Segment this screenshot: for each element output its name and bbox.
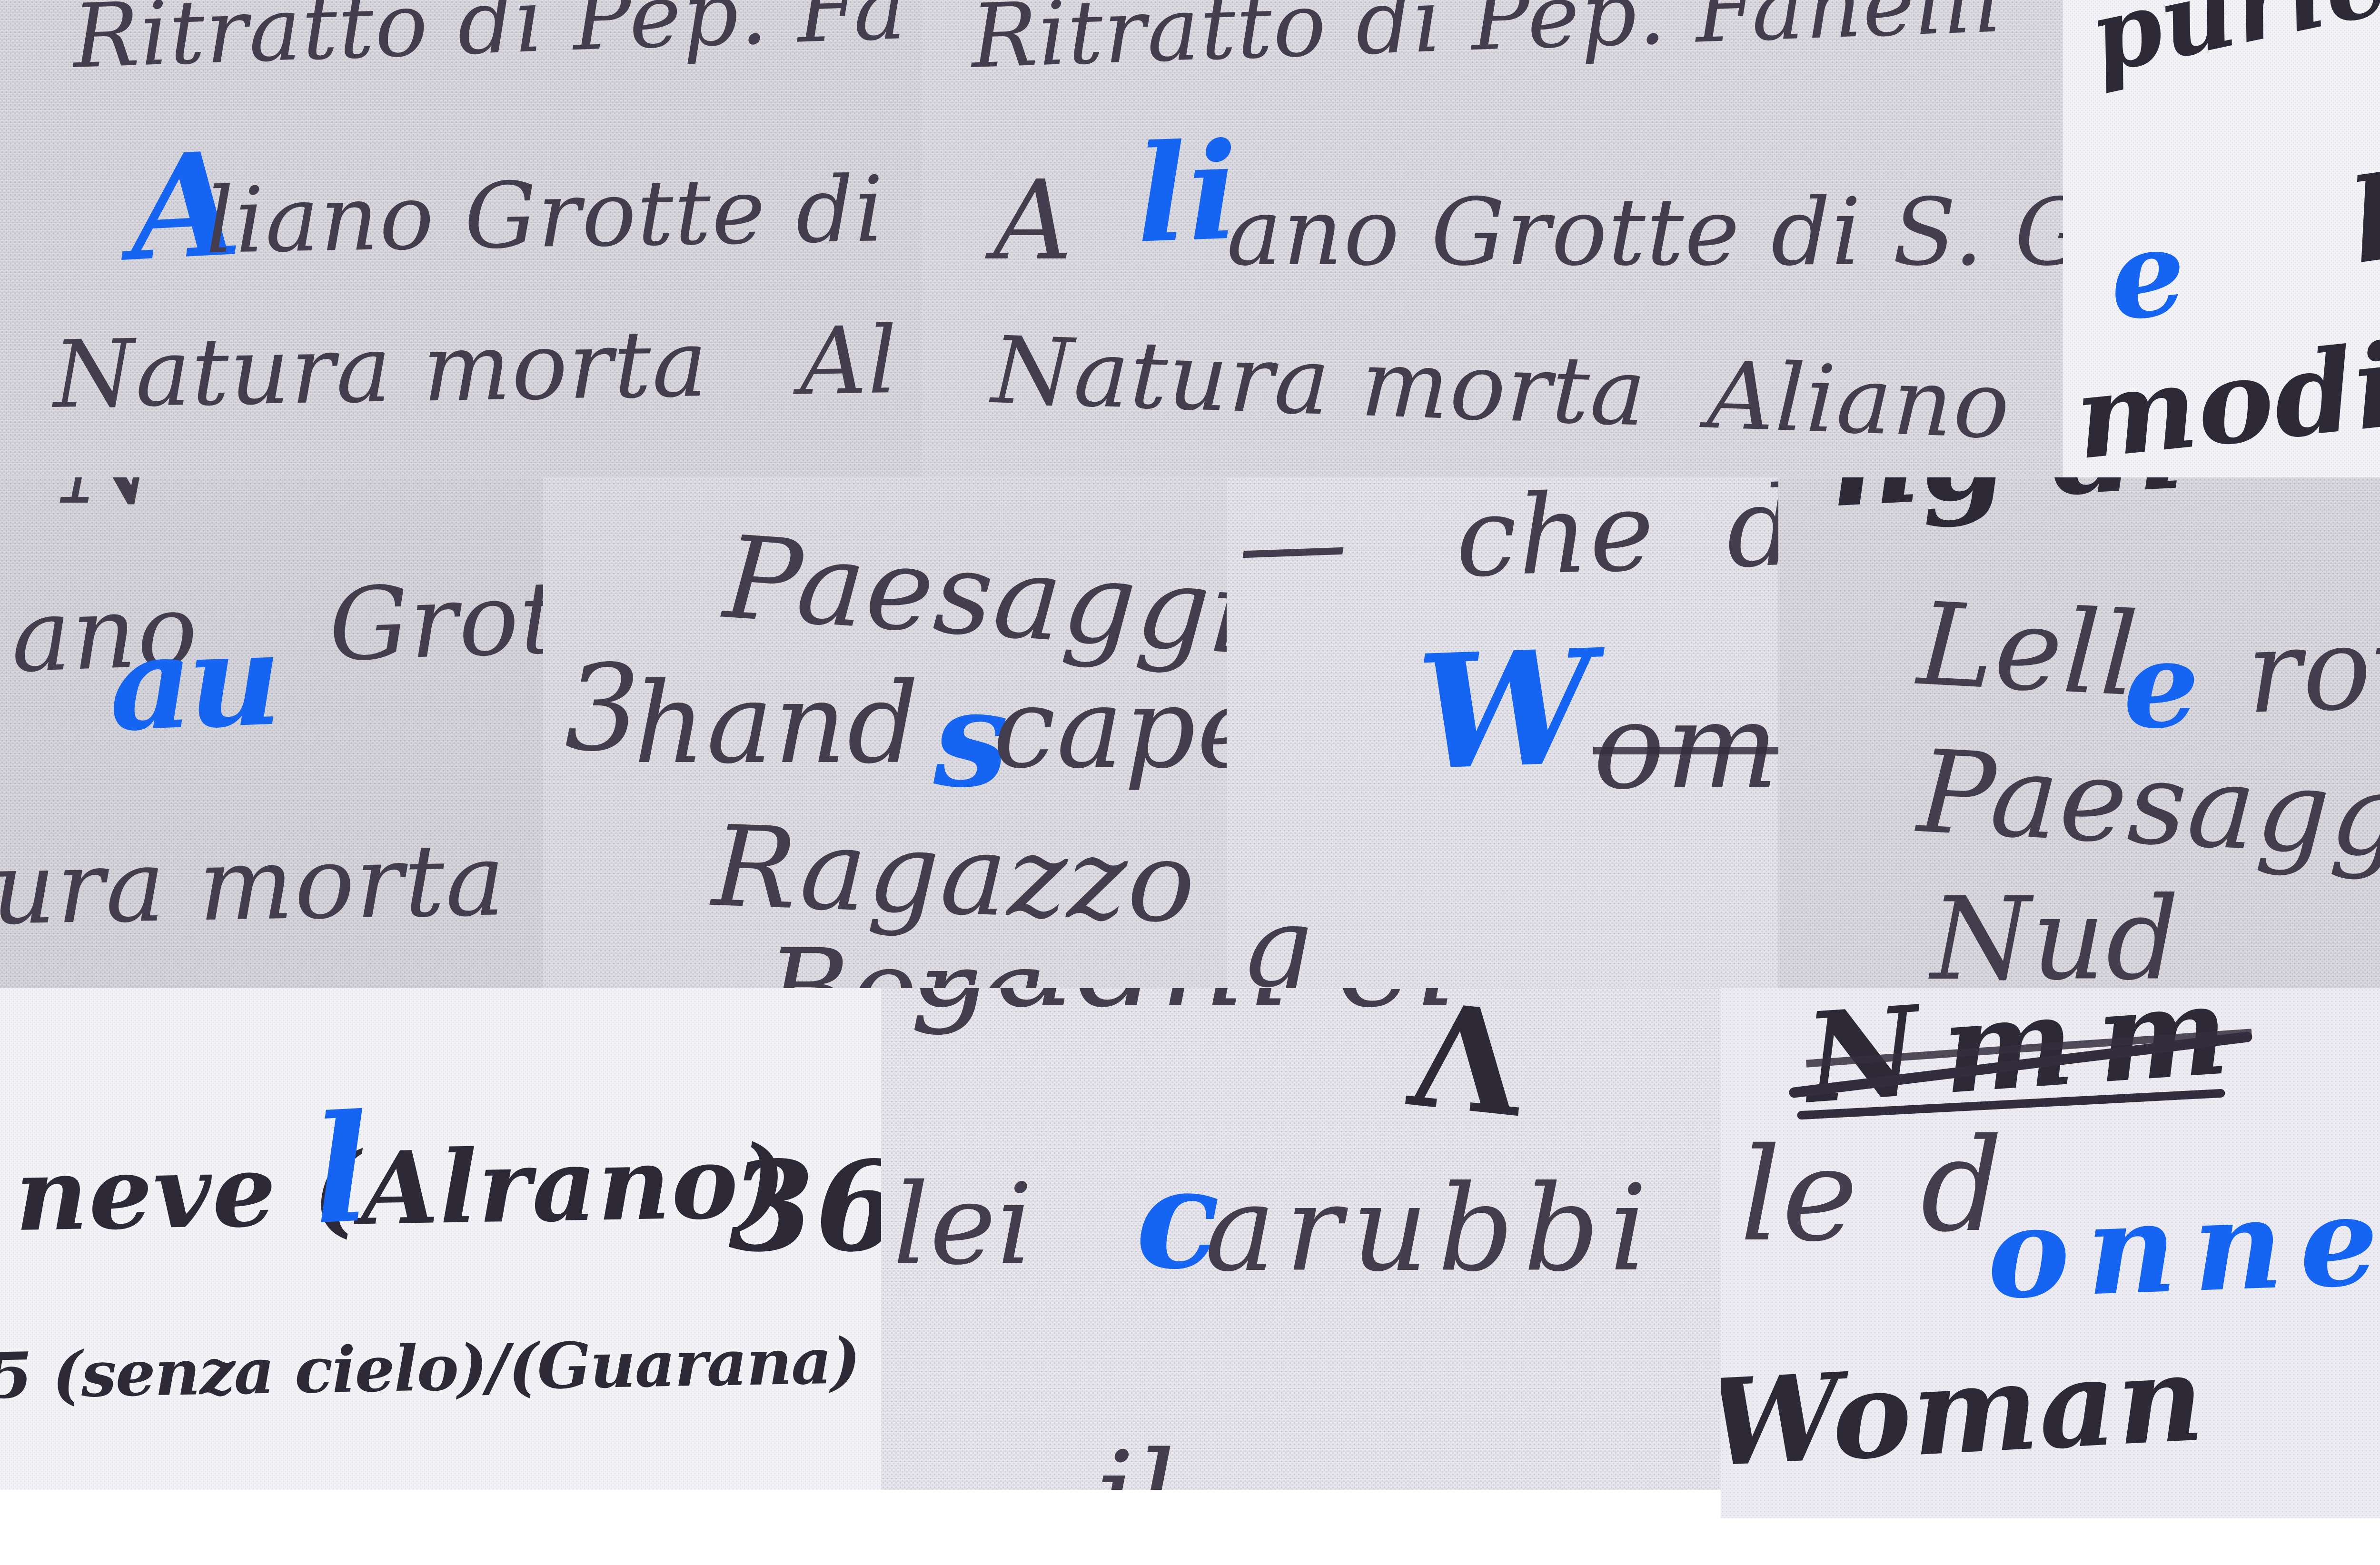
handwritten-letter: A <box>993 167 1073 276</box>
blue-annotation: e <box>2123 625 2200 744</box>
struck-word: om— <box>1593 687 1778 806</box>
fragment-middle-paesaggio: 3 Paesaggio hand s cape in Ragazzo lu Bo… <box>543 477 1227 988</box>
handwritten-line: Natura morta Aliano <box>990 324 2012 452</box>
handwritten-number: 36 <box>728 1145 881 1269</box>
manuscript-collage: Ritratto di Pep. Fa A liano Grotte di Na… <box>0 0 2380 1565</box>
handwritten-line: le <box>2344 150 2380 280</box>
handwritten-line: Ritratto di Pep. Fa <box>71 0 908 81</box>
handwritten-line: arubbi <box>1205 1169 1657 1288</box>
blue-annotation: W <box>1415 628 1597 792</box>
handwritten-line: Ritratto di Pep. Fanelli <box>970 0 2004 81</box>
handwritten-line: neve (Alrano) <box>14 1132 788 1245</box>
handwritten-cut-line: N <box>62 477 159 520</box>
handwritten-line: Ragazzo lu <box>711 811 1227 944</box>
handwritten-line: hand <box>634 668 920 780</box>
handwritten-line: Paesaggio <box>721 520 1227 676</box>
handwritten-line: liano Grotte di <box>205 164 885 267</box>
handwritten-line: ura morta <box>0 830 507 939</box>
handwritten-line: ano Grot <box>10 568 543 687</box>
handwritten-line: ano Grotte di S. G <box>1227 186 2063 278</box>
blue-annotation: au <box>107 614 278 749</box>
fragment-middle-right: ng di Lell e roves Paesaggio di Nud <box>1778 477 2380 988</box>
handwritten-cut-line: Nud <box>1931 882 2180 988</box>
handwritten-cut-line: Borg <box>767 934 1045 988</box>
handwritten-line: — che d <box>1236 477 1778 601</box>
fragment-top-left: Ritratto di Pep. Fa A liano Grotte di Na… <box>0 0 922 477</box>
fragment-top-right: puricef e le modif <box>2063 0 2380 477</box>
handwritten-line: le <box>1740 1131 1859 1259</box>
blue-annotation: e <box>2103 211 2192 337</box>
handwritten-cut-line: ng di <box>1826 477 2190 525</box>
handwritten-line: Natura morta Al <box>52 314 899 421</box>
blue-annotation: l <box>309 1095 374 1245</box>
handwritten-line: 5 (senza cielo)/(Guarana) : <box>0 1329 881 1408</box>
handwritten-cut-line: gadhi ei <box>910 988 1460 1026</box>
fragment-bottom-middle: gadhi ei Λ lei c arubbi il <box>881 988 1721 1490</box>
fragment-middle-left: N ano Grot au ura morta <box>0 477 543 988</box>
handwritten-line: Paesaggio di <box>1915 734 2380 887</box>
caret-mark: Λ <box>1404 988 1530 1137</box>
handwritten-line: Lell <box>1915 587 2141 713</box>
handwritten-line: lei <box>893 1169 1033 1281</box>
fragment-bottom-right: Nmm le d onne Woman <box>1721 988 2380 1518</box>
blue-annotation: li <box>1134 125 1241 261</box>
blue-annotation: onne <box>1985 1179 2380 1317</box>
handwritten-line: roves <box>2245 604 2380 730</box>
handwritten-cut-line: il <box>1095 1436 1176 1490</box>
handwritten-cut-line: g <box>1241 891 1313 988</box>
handwritten-line: Woman <box>1721 1338 2207 1483</box>
fragment-middle-w: — che d W om— g <box>1227 477 1778 988</box>
handwritten-line: puricef <box>2082 0 2380 88</box>
handwritten-number: 3 <box>565 649 641 768</box>
handwritten-line: cape in <box>993 673 1227 784</box>
fragment-top-middle: Ritratto di Pep. Fanelli A li ano Grotte… <box>922 0 2063 477</box>
fragment-bottom-left: neve (Alrano) l 36 5 (senza cielo)/(Guar… <box>0 988 881 1490</box>
